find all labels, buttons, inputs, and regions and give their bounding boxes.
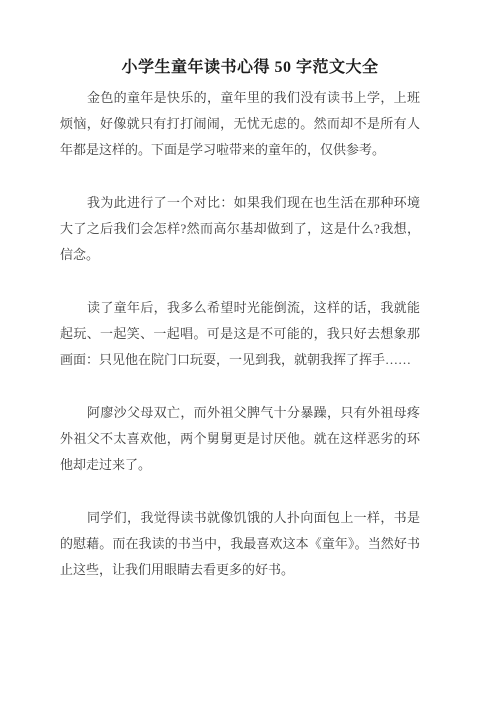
- paragraph-line: 年都是这样的。下面是学习啦带来的童年的，仅供参考。: [60, 137, 420, 163]
- document-page: 小学生童年读书心得 50 字范文大全 金色的童年是快乐的，童年里的我们没有读书上…: [0, 0, 500, 708]
- paragraph-line: 烦恼，好像就只有打打闹闹，无忧无虑的。然而却不是所有人的童: [60, 111, 420, 137]
- document-body: 金色的童年是快乐的，童年里的我们没有读书上学，上班下班的 烦恼，好像就只有打打闹…: [60, 85, 420, 583]
- paragraph-line: 外祖父不太喜欢他，两个舅舅更是讨厌他。就在这样恶劣的环境下，: [60, 426, 420, 452]
- paragraph-line: 止这些，让我们用眼睛去看更多的好书。: [60, 557, 420, 583]
- paragraph-line: 大了之后我们会怎样?然而高尔基却做到了，这是什么?我想，这是: [60, 216, 420, 242]
- paragraph: 我为此进行了一个对比：如果我们现在也生活在那种环境里，长 大了之后我们会怎样?然…: [60, 190, 420, 268]
- paragraph-line: 起玩、一起笑、一起唱。可是这是不可能的，我只好去想象那时的: [60, 321, 420, 347]
- paragraph: 阿廖沙父母双亡，而外祖父脾气十分暴躁，只有外祖母疼爱他了。 外祖父不太喜欢他，两…: [60, 400, 420, 478]
- paragraph-line: 读了童年后，我多么希望时光能倒流，这样的话，我就能和他一: [60, 295, 420, 321]
- paragraph-line: 同学们，我觉得读书就像饥饿的人扑向面包上一样，书是逆境中: [60, 505, 420, 531]
- document-title: 小学生童年读书心得 50 字范文大全: [0, 56, 500, 80]
- paragraph-line: 我为此进行了一个对比：如果我们现在也生活在那种环境里，长: [60, 190, 420, 216]
- paragraph: 读了童年后，我多么希望时光能倒流，这样的话，我就能和他一 起玩、一起笑、一起唱。…: [60, 295, 420, 373]
- paragraph-line: 的慰藉。而在我读的书当中，我最喜欢这本《童年》。当然好书不: [60, 531, 420, 557]
- paragraph-line: 信念。: [60, 242, 420, 268]
- paragraph-line: 金色的童年是快乐的，童年里的我们没有读书上学，上班下班的: [60, 85, 420, 111]
- paragraph-line: 阿廖沙父母双亡，而外祖父脾气十分暴躁，只有外祖母疼爱他了。: [60, 400, 420, 426]
- paragraph-line: 画面：只见他在院门口玩耍，一见到我，就朝我挥了挥手……: [60, 347, 420, 373]
- paragraph-line: 他却走过来了。: [60, 452, 420, 478]
- paragraph: 同学们，我觉得读书就像饥饿的人扑向面包上一样，书是逆境中 的慰藉。而在我读的书当…: [60, 505, 420, 583]
- paragraph: 金色的童年是快乐的，童年里的我们没有读书上学，上班下班的 烦恼，好像就只有打打闹…: [60, 85, 420, 163]
